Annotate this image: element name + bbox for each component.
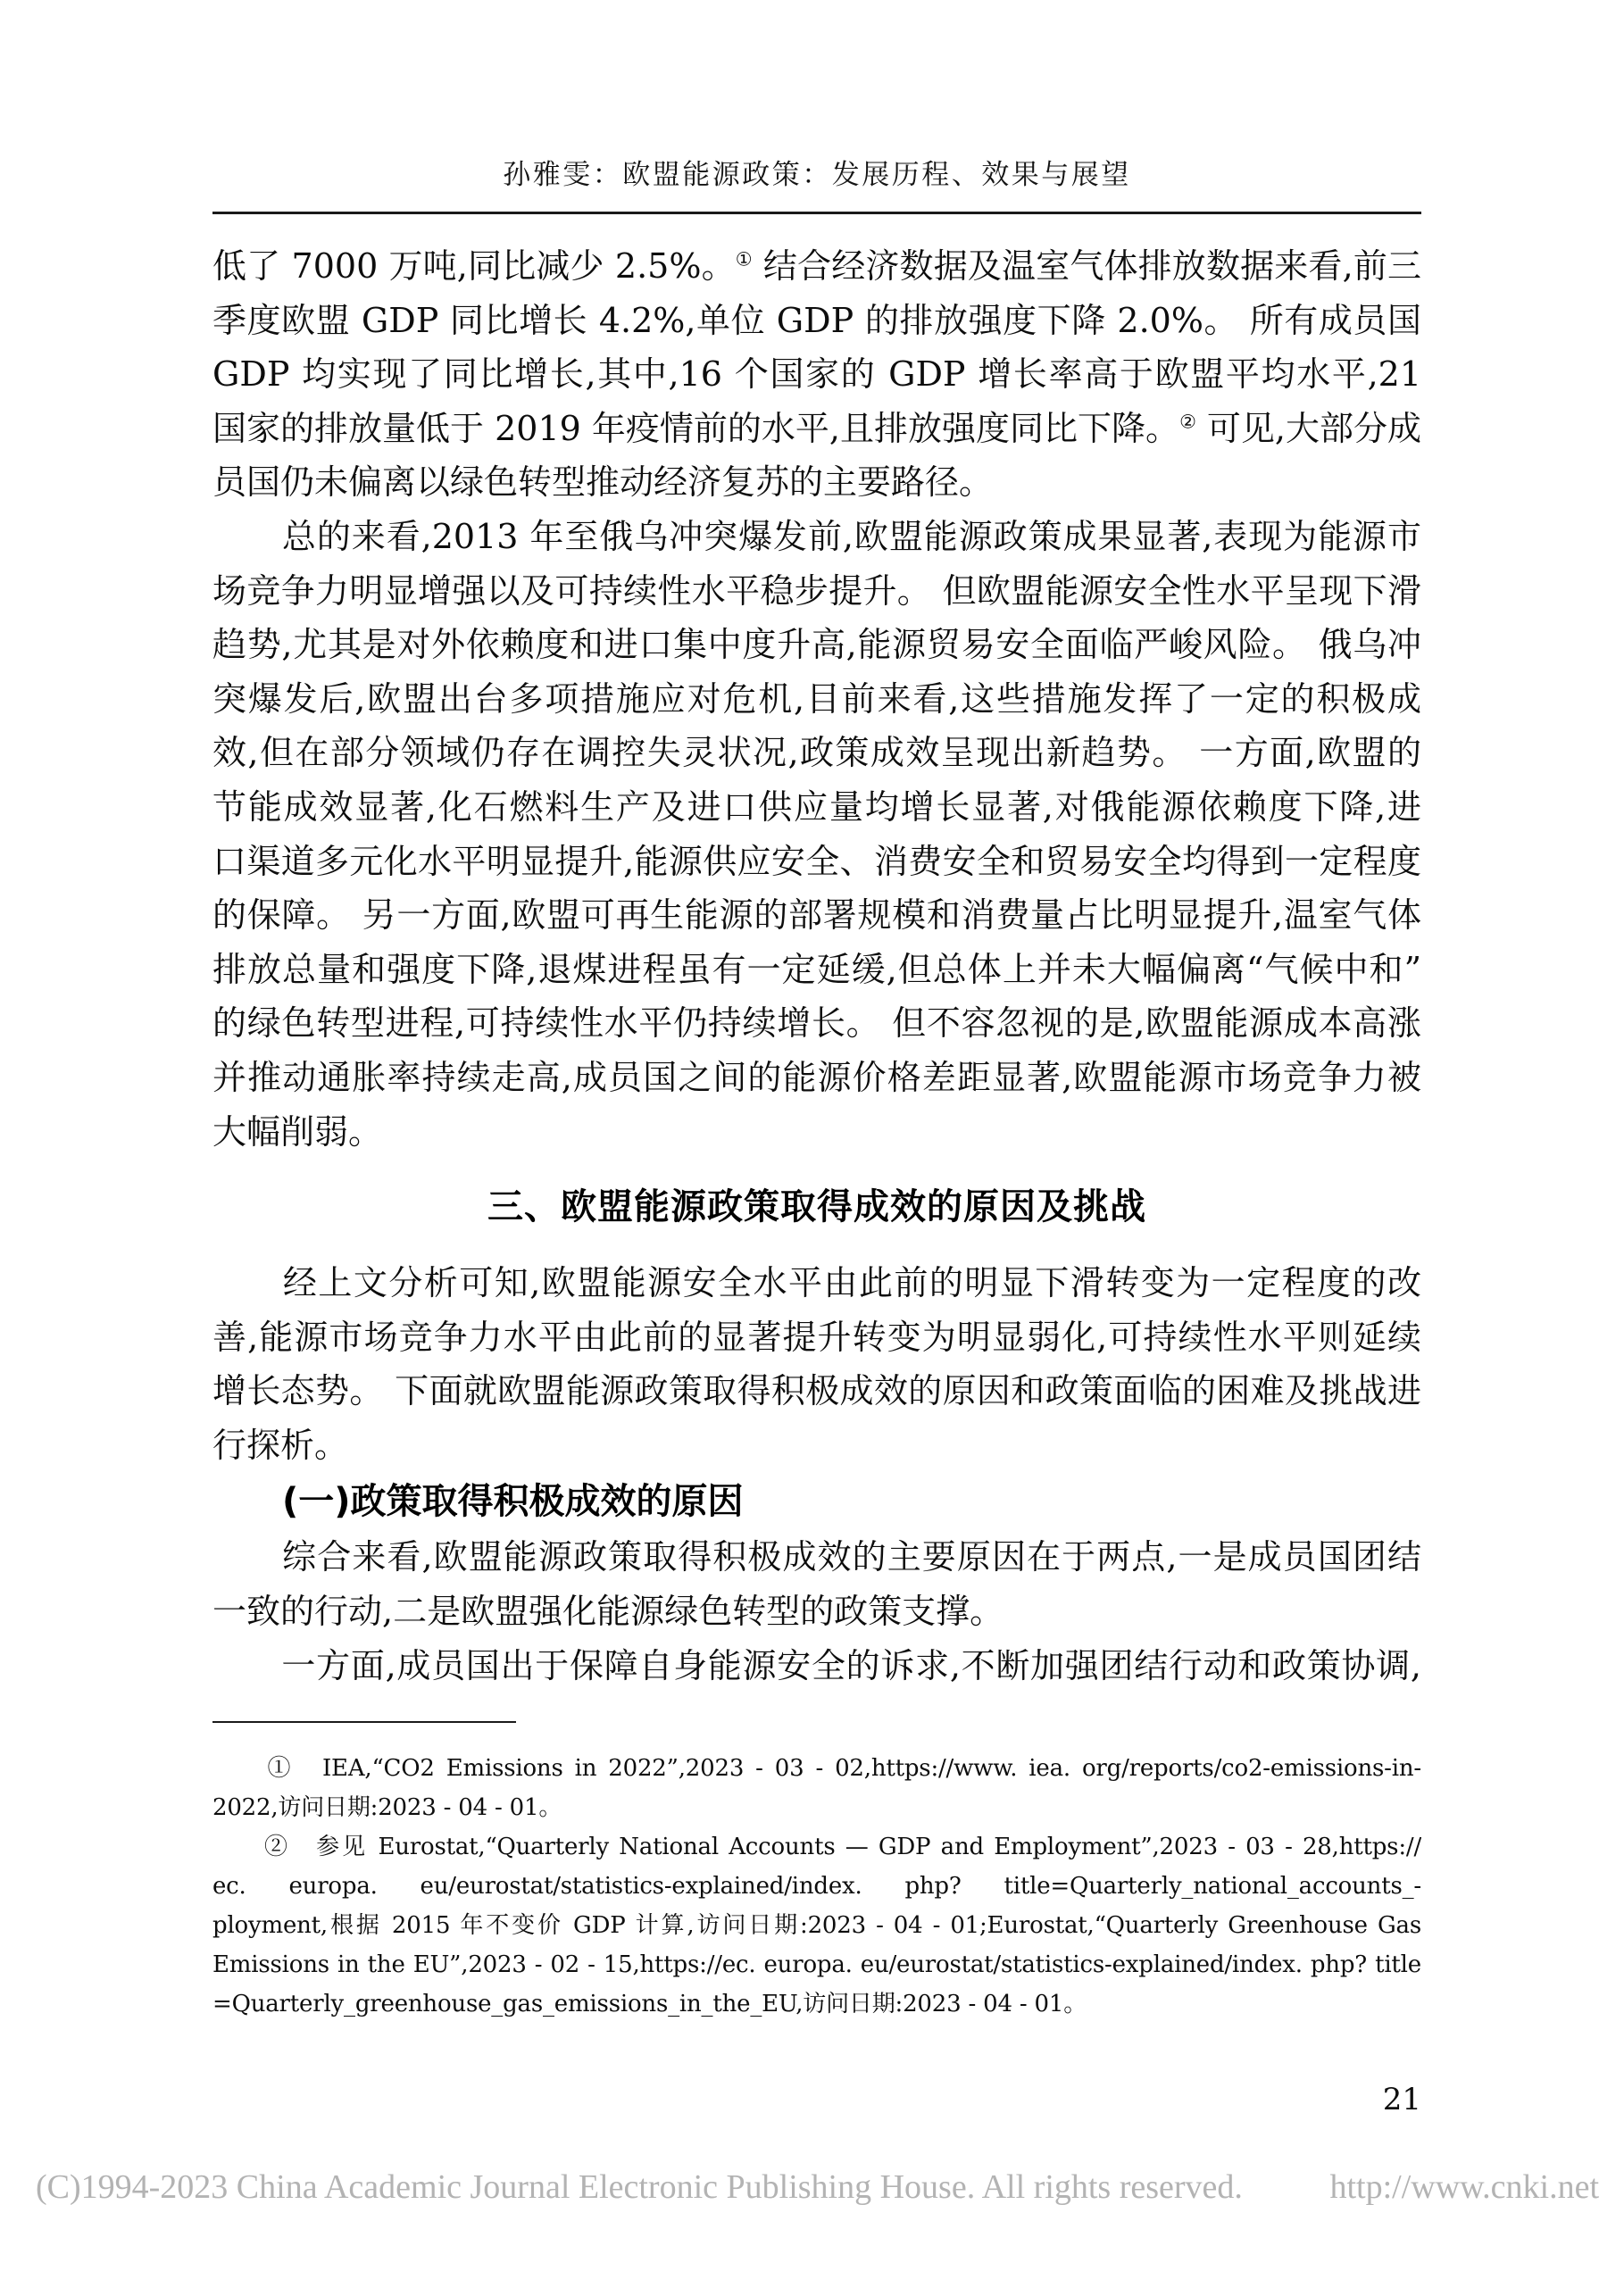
- text-line: 2022,访问日期:2023 - 04 - 01。: [212, 1788, 1421, 1827]
- text-line: 并推动通胀率持续走高,成员国之间的能源价格差距显著,欧盟能源市场竞争力被: [212, 1051, 1421, 1105]
- text-line: 排放总量和强度下降,退煤进程虽有一定延缓,但总体上并未大幅偏离“气候中和”: [212, 943, 1421, 997]
- paragraph-reasons: 综合来看,欧盟能源政策取得积极成效的主要原因在于两点,一是成员国团结一致的行动,…: [212, 1530, 1421, 1638]
- text-line: 善,能源市场竞争力水平由此前的显著提升转变为明显弱化,可持续性水平则延续: [212, 1310, 1421, 1365]
- watermark-footer: (C)1994-2023 China Academic Journal Elec…: [36, 2167, 1599, 2207]
- text-line: ec. europa. eu/eurostat/statistics-expla…: [212, 1867, 1421, 1906]
- text-line: 口渠道多元化水平明显提升,能源供应安全、消费安全和贸易安全均得到一定程度: [212, 835, 1421, 889]
- page-number: 21: [212, 2082, 1421, 2117]
- text-line: 的保障。 另一方面,欧盟可再生能源的部署规模和消费量占比明显提升,温室气体: [212, 888, 1421, 943]
- paragraph-member-states: 一方面,成员国出于保障自身能源安全的诉求,不断加强团结行动和政策协调,: [212, 1639, 1421, 1693]
- paragraph-continued: 低了 7000 万吨,同比减少 2.5%。① 结合经济数据及温室气体排放数据来看…: [212, 239, 1421, 510]
- paragraph-summary: 总的来看,2013 年至俄乌冲突爆发前,欧盟能源政策成果显著,表现为能源市场竞争…: [212, 510, 1421, 1159]
- text-line: 一方面,成员国出于保障自身能源安全的诉求,不断加强团结行动和政策协调,: [212, 1639, 1421, 1693]
- paragraph-analysis: 经上文分析可知,欧盟能源安全水平由此前的明显下滑转变为一定程度的改善,能源市场竞…: [212, 1256, 1421, 1472]
- copyright-text: (C)1994-2023 China Academic Journal Elec…: [36, 2167, 1243, 2207]
- journal-page: 孙雅雯：欧盟能源政策：发展历程、效果与展望 低了 7000 万吨,同比减少 2.…: [0, 0, 1624, 2271]
- text-line: 增长态势。 下面就欧盟能源政策取得积极成效的原因和政策面临的困难及挑战进: [212, 1364, 1421, 1418]
- text-line: 场竞争力明显增强以及可持续性水平稳步提升。 但欧盟能源安全性水平呈现下滑: [212, 564, 1421, 619]
- subsection-heading: (一)政策取得积极成效的原因: [212, 1475, 1421, 1528]
- text-line: ① IEA,“CO2 Emissions in 2022”,2023 - 03 …: [212, 1749, 1421, 1788]
- footnotes: ① IEA,“CO2 Emissions in 2022”,2023 - 03 …: [212, 1749, 1421, 2024]
- text-line: 总的来看,2013 年至俄乌冲突爆发前,欧盟能源政策成果显著,表现为能源市: [212, 510, 1421, 564]
- text-line: 经上文分析可知,欧盟能源安全水平由此前的明显下滑转变为一定程度的改: [212, 1256, 1421, 1310]
- text-line: 行探析。: [212, 1418, 1421, 1473]
- text-line: ployment,根据 2015 年不变价 GDP 计算,访问日期:2023 -…: [212, 1906, 1421, 1945]
- text-line: =Quarterly_greenhouse_gas_emissions_in_t…: [212, 1984, 1421, 2024]
- text-line: 效,但在部分领域仍存在调控失灵状况,政策成效呈现出新趋势。 一方面,欧盟的: [212, 726, 1421, 780]
- footnote-2: ② 参见 Eurostat,“Quarterly National Accoun…: [212, 1827, 1421, 2024]
- section-heading: 三、欧盟能源政策取得成效的原因及挑战: [212, 1180, 1421, 1234]
- footnote-separator: [212, 1721, 516, 1723]
- text-line: 的绿色转型进程,可持续性水平仍持续增长。 但不容忽视的是,欧盟能源成本高涨: [212, 996, 1421, 1051]
- text-line: 一致的行动,二是欧盟强化能源绿色转型的政策支撑。: [212, 1585, 1421, 1639]
- text-line: ② 参见 Eurostat,“Quarterly National Accoun…: [212, 1827, 1421, 1867]
- text-line: 国家的排放量低于 2019 年疫情前的水平,且排放强度同比下降。② 可见,大部分…: [212, 402, 1421, 456]
- footnote-1: ① IEA,“CO2 Emissions in 2022”,2023 - 03 …: [212, 1749, 1421, 1827]
- article-body: 低了 7000 万吨,同比减少 2.5%。① 结合经济数据及温室气体排放数据来看…: [212, 239, 1421, 2024]
- text-line: 节能成效显著,化石燃料生产及进口供应量均增长显著,对俄能源依赖度下降,进: [212, 780, 1421, 835]
- header-rule: [212, 212, 1421, 214]
- text-line: 综合来看,欧盟能源政策取得积极成效的主要原因在于两点,一是成员国团结: [212, 1530, 1421, 1585]
- text-line: GDP 均实现了同比增长,其中,16 个国家的 GDP 增长率高于欧盟平均水平,…: [212, 347, 1421, 402]
- running-header-title: 孙雅雯：欧盟能源政策：发展历程、效果与展望: [212, 157, 1421, 193]
- text-line: 季度欧盟 GDP 同比增长 4.2%,单位 GDP 的排放强度下降 2.0%。 …: [212, 294, 1421, 348]
- text-line: 员国仍未偏离以绿色转型推动经济复苏的主要路径。: [212, 455, 1421, 510]
- text-line: 大幅削弱。: [212, 1105, 1421, 1160]
- text-line: 趋势,尤其是对外依赖度和进口集中度升高,能源贸易安全面临严峻风险。 俄乌冲: [212, 618, 1421, 672]
- cnki-url: http://www.cnki.net: [1330, 2167, 1600, 2207]
- text-line: Emissions in the EU”,2023 - 02 - 15,http…: [212, 1945, 1421, 1984]
- text-line: 低了 7000 万吨,同比减少 2.5%。① 结合经济数据及温室气体排放数据来看…: [212, 239, 1421, 294]
- text-line: 突爆发后,欧盟出台多项措施应对危机,目前来看,这些措施发挥了一定的积极成: [212, 672, 1421, 727]
